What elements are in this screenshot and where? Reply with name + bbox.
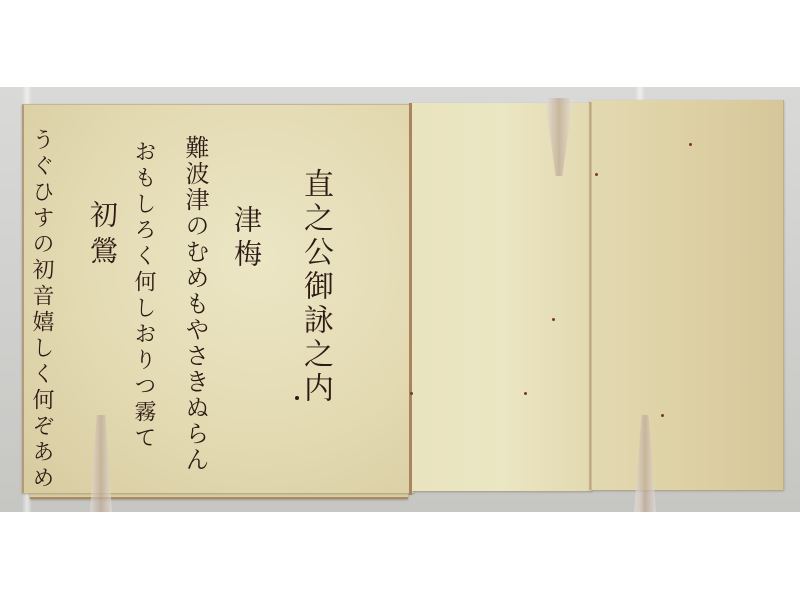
poem-line: 難波津のむめもやさきぬらん bbox=[183, 135, 207, 473]
left-page bbox=[22, 104, 414, 493]
ink-dot bbox=[295, 396, 299, 400]
poem-heading-hatsu-uguisu: 初鶯 bbox=[88, 200, 116, 272]
document-title: 直之公御詠之内 bbox=[300, 168, 330, 406]
middle-page bbox=[412, 103, 592, 491]
paper-seam bbox=[589, 102, 592, 490]
page-fold-line bbox=[409, 103, 412, 495]
ink-speck bbox=[595, 173, 598, 176]
ink-speck bbox=[661, 414, 664, 417]
poem-line: おもしろく何しおりつ霧て bbox=[132, 140, 154, 452]
poem-heading-tsu-ume: 津梅 bbox=[232, 205, 260, 273]
poem-line: うぐひすの初音嬉しく何ぞあめ bbox=[30, 128, 52, 492]
ink-speck bbox=[410, 392, 413, 395]
ink-speck bbox=[524, 392, 527, 395]
right-page bbox=[590, 100, 784, 490]
ink-speck bbox=[689, 143, 692, 146]
ink-speck bbox=[552, 318, 555, 321]
